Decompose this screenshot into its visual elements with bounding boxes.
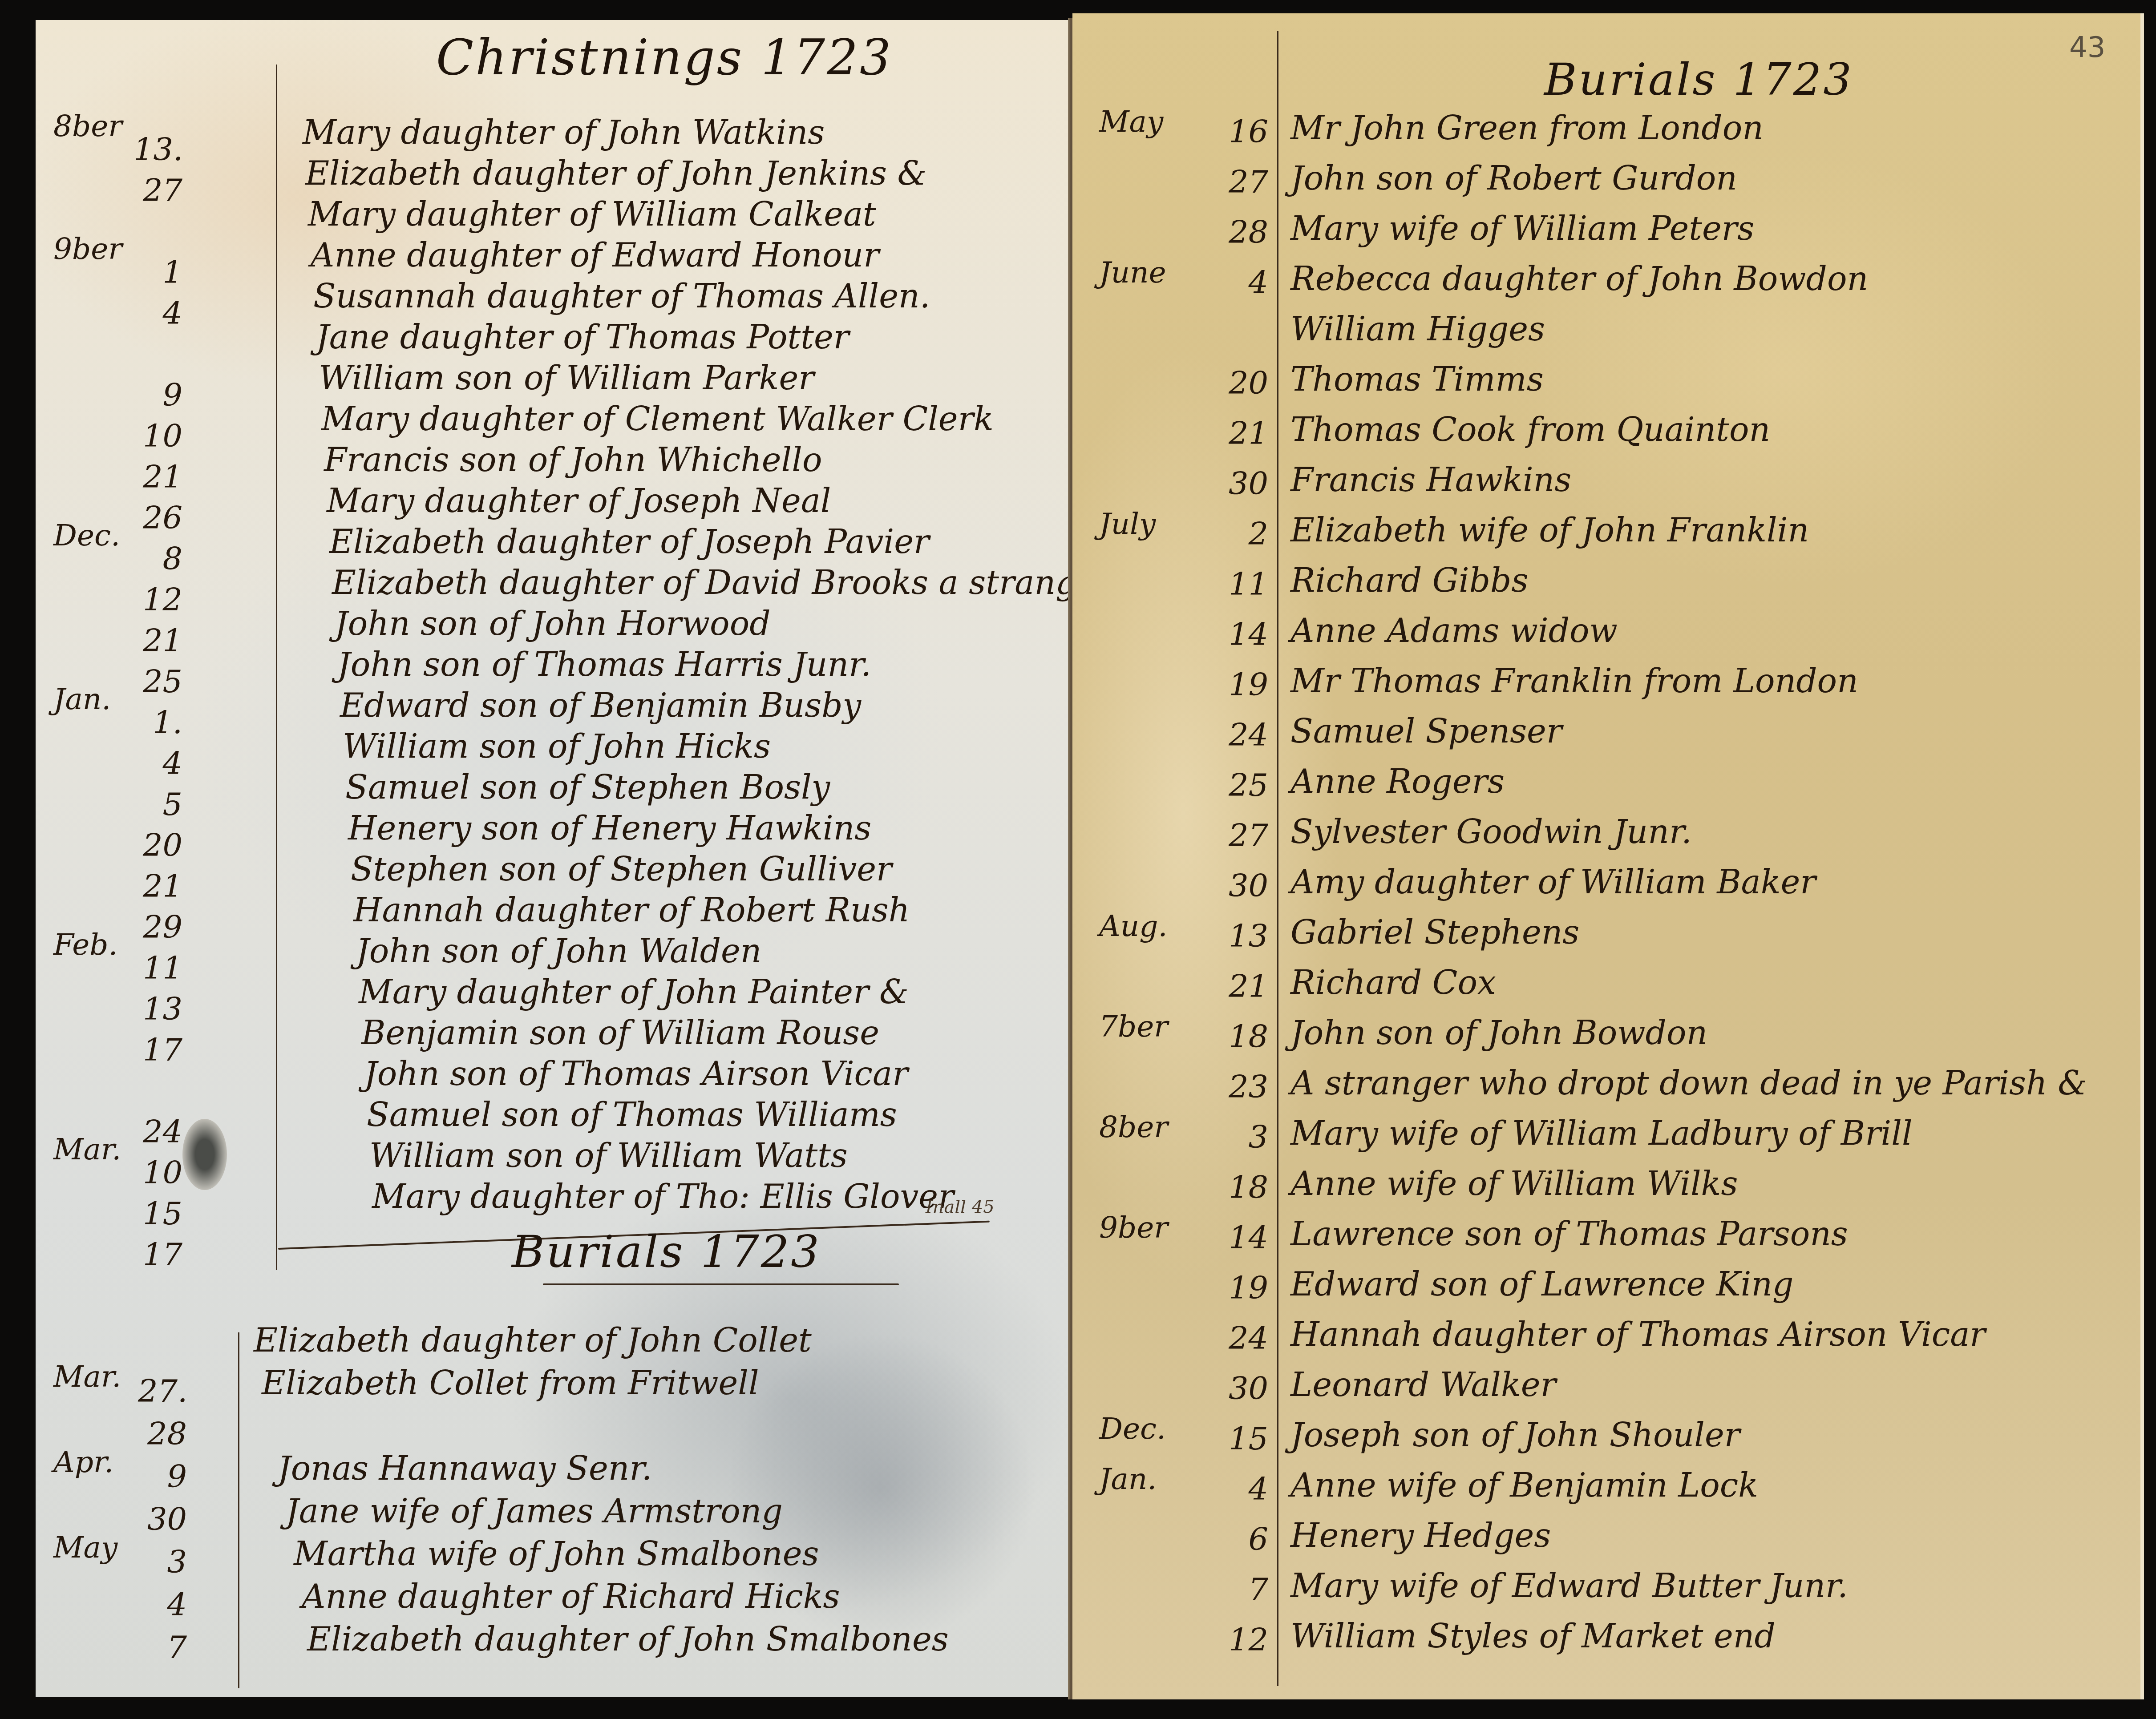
folio-number: 43 <box>2069 31 2105 64</box>
entry-month: 8ber <box>1099 1110 1168 1144</box>
register-entry: Hannah daughter of Robert Rush <box>353 891 910 929</box>
entry-day: 18 <box>1219 1169 1268 1206</box>
entry-day: 5 <box>133 786 182 823</box>
entry-day: 12 <box>1219 1622 1268 1658</box>
entry-month: Mar. <box>53 1360 121 1394</box>
register-entry: John son of John Walden <box>356 932 762 970</box>
entry-day: 10 <box>133 1154 182 1191</box>
entry-day: 27 <box>133 172 182 209</box>
register-entry: Joseph son of John Shouler <box>1290 1416 1740 1454</box>
register-entry: William son of John Hicks <box>343 727 771 766</box>
left-page: Christnings 1723 8ber13.Mary daughter of… <box>36 20 1072 1697</box>
entry-day: 11 <box>1219 566 1268 602</box>
entry-month: Dec. <box>1099 1412 1166 1446</box>
entry-day: 27. <box>138 1373 187 1409</box>
entry-day: 4 <box>138 1586 187 1623</box>
register-entry: Edward son of Benjamin Busby <box>340 686 861 725</box>
register-entry: Amy daughter of William Baker <box>1290 863 1816 901</box>
entry-month: Apr. <box>53 1445 113 1479</box>
entry-day: 24 <box>1219 1320 1268 1356</box>
entry-month: Jan. <box>53 682 111 716</box>
entry-month: June <box>1099 255 1166 290</box>
register-entry: Elizabeth daughter of John Smalbones <box>307 1620 949 1658</box>
entry-day: 30 <box>1219 1370 1268 1407</box>
register-entry: Anne daughter of Richard Hicks <box>302 1578 840 1616</box>
register-entry: Mr John Green from London <box>1290 109 1764 147</box>
entry-day: 10 <box>133 418 182 454</box>
register-entry: William Styles of Market end <box>1290 1617 1776 1655</box>
entry-day: 12 <box>133 581 182 618</box>
register-entry: Susannah daughter of Thomas Allen. <box>313 277 930 315</box>
register-entry: Elizabeth daughter of Joseph Pavier <box>329 523 929 561</box>
register-entry: Samuel Spenser <box>1290 712 1562 751</box>
entry-day: 9 <box>133 377 182 413</box>
register-entry: Jane wife of James Armstrong <box>286 1492 783 1530</box>
entry-day: 21 <box>133 868 182 904</box>
register-entry: Jonas Hannaway Senr. <box>278 1449 652 1488</box>
entry-month: 8ber <box>53 109 122 143</box>
entry-day: 7 <box>138 1629 187 1666</box>
total-note: Inall 45 <box>926 1197 995 1217</box>
entry-month: 9ber <box>53 232 122 266</box>
register-entry: Samuel son of Stephen Bosly <box>345 768 830 807</box>
register-entry: John son of Thomas Harris Junr. <box>337 646 871 684</box>
entry-day: 18 <box>1219 1018 1268 1055</box>
entry-day: 30 <box>1219 465 1268 502</box>
entry-day: 1. <box>133 704 182 741</box>
entry-day: 28 <box>138 1416 187 1452</box>
register-entry: Anne wife of William Wilks <box>1290 1165 1738 1203</box>
register-entry: William Higges <box>1290 310 1545 348</box>
entry-day: 24 <box>133 1114 182 1150</box>
register-entry: Rebecca daughter of John Bowdon <box>1290 260 1868 298</box>
entry-month: Jan. <box>1099 1462 1157 1496</box>
register-entry: Mary daughter of William Calkeat <box>308 195 876 234</box>
entry-month: Aug. <box>1099 909 1167 943</box>
entry-day: 21 <box>133 622 182 659</box>
left-burials-column-rule <box>238 1332 239 1688</box>
entry-day: 2 <box>1219 516 1268 552</box>
register-entry: Mary daughter of John Watkins <box>303 113 825 152</box>
register-entry: William son of William Parker <box>319 359 814 397</box>
entry-day: 15 <box>1219 1420 1268 1457</box>
register-entry: Henery son of Henery Hawkins <box>348 809 871 847</box>
register-entry: Elizabeth daughter of David Brooks a str… <box>332 564 1072 602</box>
entry-day: 11 <box>133 950 182 986</box>
entry-day: 7 <box>1219 1571 1268 1608</box>
entry-month: July <box>1099 507 1156 541</box>
register-entry: Martha wife of John Smalbones <box>294 1535 819 1573</box>
register-entry: Edward son of Lawrence King <box>1290 1265 1793 1303</box>
entry-day: 20 <box>133 827 182 864</box>
entry-day: 19 <box>1219 1270 1268 1306</box>
register-entry: Richard Gibbs <box>1290 561 1528 600</box>
entry-day: 4 <box>133 295 182 331</box>
entry-day: 14 <box>1219 616 1268 653</box>
right-burials-column-rule <box>1277 31 1278 1686</box>
entry-day: 24 <box>1219 717 1268 753</box>
entry-day: 13. <box>133 131 182 168</box>
register-entry: Mary wife of Edward Butter Junr. <box>1290 1567 1848 1605</box>
entry-day: 8 <box>133 541 182 577</box>
register-entry: Elizabeth wife of John Franklin <box>1290 511 1809 549</box>
entry-day: 9 <box>138 1458 187 1495</box>
entry-day: 16 <box>1219 113 1268 150</box>
entry-day: 19 <box>1219 666 1268 703</box>
register-entry: John son of Thomas Airson Vicar <box>364 1055 908 1093</box>
register-entry: Samuel son of Thomas Williams <box>367 1096 897 1134</box>
register-entry: Leonard Walker <box>1290 1366 1556 1404</box>
entry-day: 26 <box>133 500 182 536</box>
register-entry: Mary wife of William Ladbury of Brill <box>1290 1114 1913 1153</box>
entry-day: 23 <box>1219 1069 1268 1105</box>
register-entry: Richard Cox <box>1290 964 1496 1002</box>
register-entry: Sylvester Goodwin Junr. <box>1290 813 1692 851</box>
burials-heading-underline <box>543 1283 899 1285</box>
entry-day: 3 <box>1219 1119 1268 1155</box>
right-page: 43 Burials 1723 May16Mr John Green from … <box>1072 13 2144 1699</box>
entry-day: 20 <box>1219 365 1268 401</box>
entry-day: 17 <box>133 1032 182 1068</box>
entry-day: 14 <box>1219 1219 1268 1256</box>
entry-day: 4 <box>133 745 182 782</box>
register-entry: Anne Rogers <box>1290 763 1505 801</box>
entry-month: May <box>53 1530 117 1565</box>
register-entry: Hannah daughter of Thomas Airson Vicar <box>1290 1315 1986 1354</box>
christenings-column-rule <box>276 65 277 1270</box>
register-entry: A stranger who dropt down dead in ye Par… <box>1290 1064 2087 1102</box>
entry-day: 28 <box>1219 214 1268 250</box>
register-entry: John son of John Horwood <box>335 605 771 643</box>
register-entry: Anne wife of Benjamin Lock <box>1290 1466 1758 1505</box>
register-entry: Elizabeth daughter of John Jenkins & <box>305 154 926 193</box>
register-entry: Francis son of John Whichello <box>324 441 822 479</box>
entry-day: 4 <box>1219 264 1268 301</box>
register-entry: John son of John Bowdon <box>1290 1014 1707 1052</box>
entry-month: Feb. <box>53 928 117 962</box>
register-entry: Mary daughter of Joseph Neal <box>327 482 831 520</box>
register-entry: William son of William Watts <box>369 1137 848 1175</box>
entry-day: 3 <box>138 1544 187 1580</box>
entry-day: 29 <box>133 909 182 945</box>
entry-day: 30 <box>138 1501 187 1537</box>
left-burials-heading: Burials 1723 <box>512 1226 821 1278</box>
register-entry: Mr Thomas Franklin from London <box>1290 662 1858 700</box>
ink-blot <box>182 1119 227 1190</box>
entry-month: Mar. <box>53 1132 121 1166</box>
register-entry: Stephen son of Stephen Gulliver <box>351 850 892 888</box>
register-entry: Elizabeth Collet from Fritwell <box>262 1364 759 1402</box>
register-entry: Benjamin son of William Rouse <box>361 1014 879 1052</box>
entry-day: 21 <box>1219 968 1268 1005</box>
register-entry: Anne daughter of Edward Honour <box>311 236 879 274</box>
register-entry: Francis Hawkins <box>1290 461 1571 499</box>
right-burials-heading: Burials 1723 <box>1544 53 1853 105</box>
entry-day: 6 <box>1219 1521 1268 1558</box>
register-entry: John son of Robert Gurdon <box>1290 159 1737 198</box>
register-entry: Henery Hedges <box>1290 1517 1551 1555</box>
register-entry: Lawrence son of Thomas Parsons <box>1290 1215 1848 1253</box>
register-entry: Mary daughter of John Painter & <box>359 973 909 1011</box>
entry-month: 9ber <box>1099 1211 1168 1245</box>
entry-day: 4 <box>1219 1471 1268 1507</box>
register-entry: Mary daughter of Clement Walker Clerk <box>321 400 994 438</box>
entry-day: 25 <box>1219 767 1268 803</box>
entry-month: Dec. <box>53 518 120 553</box>
register-entry: Mary daughter of Tho: Ellis Glover <box>372 1178 954 1216</box>
entry-day: 1 <box>133 254 182 291</box>
entry-day: 27 <box>1219 817 1268 854</box>
entry-month: 7ber <box>1099 1009 1168 1044</box>
entry-day: 13 <box>1219 918 1268 954</box>
entry-day: 25 <box>133 663 182 700</box>
entry-day: 15 <box>133 1195 182 1232</box>
entry-day: 17 <box>133 1236 182 1273</box>
register-entry: Mary wife of William Peters <box>1290 210 1754 248</box>
register-entry: Anne Adams widow <box>1290 612 1618 650</box>
entry-month: May <box>1099 105 1163 139</box>
entry-day: 21 <box>1219 415 1268 452</box>
christenings-heading: Christnings 1723 <box>436 29 893 86</box>
register-entry: Thomas Timms <box>1290 360 1544 399</box>
register-entry: Gabriel Stephens <box>1290 913 1579 952</box>
entry-day: 27 <box>1219 164 1268 200</box>
register-entry: Thomas Cook from Quainton <box>1290 411 1770 449</box>
entry-day: 21 <box>133 459 182 495</box>
entry-day: 30 <box>1219 868 1268 904</box>
register-entry: Elizabeth daughter of John Collet <box>254 1321 812 1360</box>
entry-day: 13 <box>133 991 182 1027</box>
register-entry: Jane daughter of Thomas Potter <box>316 318 849 356</box>
